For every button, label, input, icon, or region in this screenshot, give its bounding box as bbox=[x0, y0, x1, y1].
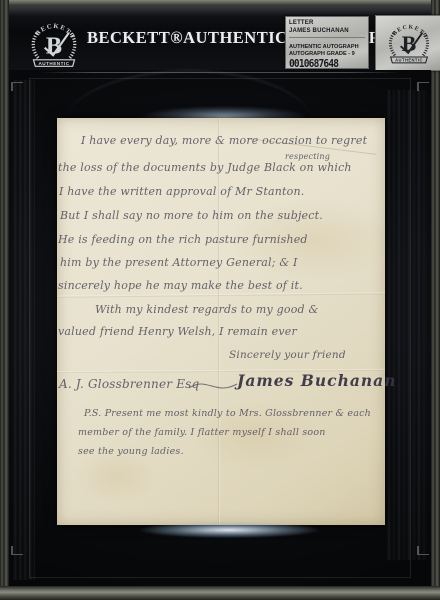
postscript-line: member of the family. I flatter myself I… bbox=[78, 427, 326, 438]
brand-title: BECKETT®AUTHENTICATION SERVICES bbox=[87, 28, 287, 48]
cert-grade: AUTOGRAPH GRADE - 9 bbox=[289, 51, 365, 58]
letter-addressee: A. J. Glossbrenner Esq bbox=[59, 377, 199, 391]
beckett-wreath-icon: BECKETT B AUTHENTIC bbox=[25, 15, 83, 71]
label-band: BECKETT B AUTHENTIC BECKETT®AUTHENTICATI… bbox=[9, 6, 431, 70]
laurel-left bbox=[390, 32, 394, 55]
cert-item-type: LETTER bbox=[289, 19, 365, 27]
cert-number: 0010687648 bbox=[289, 58, 365, 71]
beckett-wreath-icon: BECKETT B AUTHENTIC bbox=[379, 17, 439, 67]
letter-line: But I shall say no more to him on the su… bbox=[60, 209, 323, 222]
case-left-edge bbox=[0, 0, 9, 600]
glare-streaks-left bbox=[13, 80, 35, 580]
postscript-line: see the young ladies. bbox=[78, 446, 184, 457]
cert-label: LETTER JAMES BUCHANAN AUTHENTIC AUTOGRAP… bbox=[285, 16, 369, 69]
letter-document: I have every day, more & more occasion t… bbox=[57, 118, 385, 525]
svg-text:AUTHENTIC: AUTHENTIC bbox=[38, 61, 69, 66]
letter-line: him by the present Attorney General; & I bbox=[60, 256, 298, 269]
slab-photo: BECKETT B AUTHENTIC BECKETT®AUTHENTICATI… bbox=[0, 0, 440, 600]
fold-crease-vertical bbox=[218, 118, 220, 525]
letter-line: He is feeding on the rich pasture furnis… bbox=[58, 233, 308, 246]
laurel-left bbox=[33, 32, 38, 58]
letter-line: I have the written approval of Mr Stanto… bbox=[59, 185, 304, 198]
cert-subject: JAMES BUCHANAN bbox=[289, 27, 365, 38]
buchanan-signature: James Buchanan bbox=[237, 371, 396, 390]
letter-line: sincerely hope he may make the best of i… bbox=[58, 279, 303, 292]
case-right-edge bbox=[431, 0, 440, 600]
fold-crease-horizontal bbox=[57, 292, 385, 297]
letter-line: I have every day, more & more occasion t… bbox=[81, 134, 367, 147]
case-bottom-edge bbox=[0, 586, 440, 600]
logo-plate: BECKETT B AUTHENTIC bbox=[375, 15, 440, 71]
cert-authentication: AUTHENTIC AUTOGRAPH bbox=[289, 44, 365, 51]
letter-line: valued friend Henry Welsh, I remain ever bbox=[58, 325, 297, 338]
display-window: I have every day, more & more occasion t… bbox=[9, 70, 431, 586]
glare-streaks-right bbox=[387, 90, 427, 560]
letter-line: the loss of the documents by Judge Black… bbox=[58, 161, 352, 174]
letter-line: With my kindest regards to my good & bbox=[95, 303, 318, 316]
glare-highlight-bottom bbox=[139, 522, 319, 538]
svg-text:AUTHENTIC: AUTHENTIC bbox=[395, 58, 423, 63]
letter-closing: Sincerely your friend bbox=[229, 349, 346, 361]
postscript-line: P.S. Present me most kindly to Mrs. Glos… bbox=[84, 408, 371, 419]
interline-insertion: respecting bbox=[285, 152, 330, 161]
